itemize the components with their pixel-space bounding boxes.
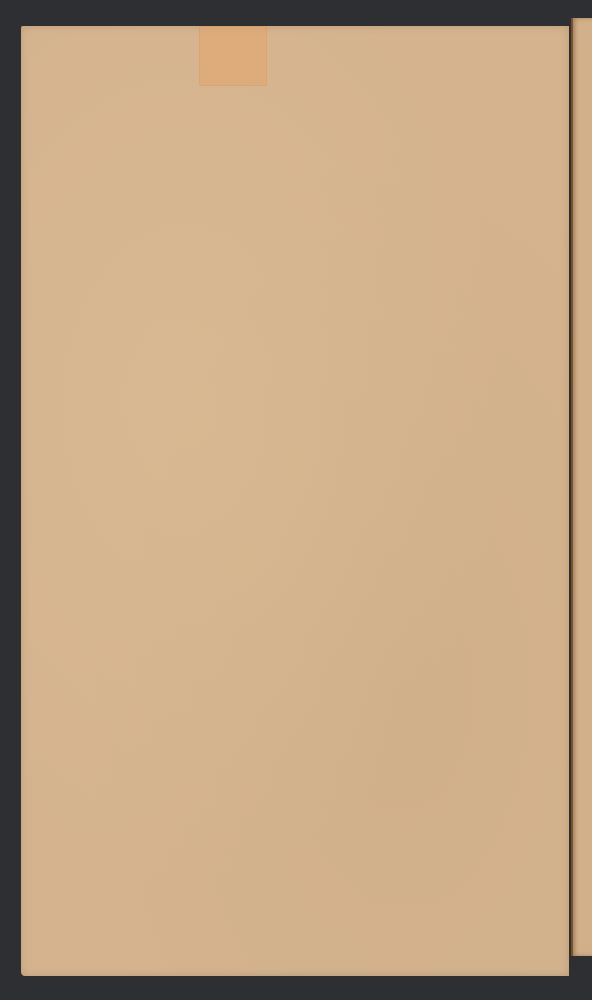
library-seal-stamp [199,26,267,86]
adjacent-page-edge [571,18,592,956]
book-page [21,26,569,976]
seal-caption [199,88,271,96]
